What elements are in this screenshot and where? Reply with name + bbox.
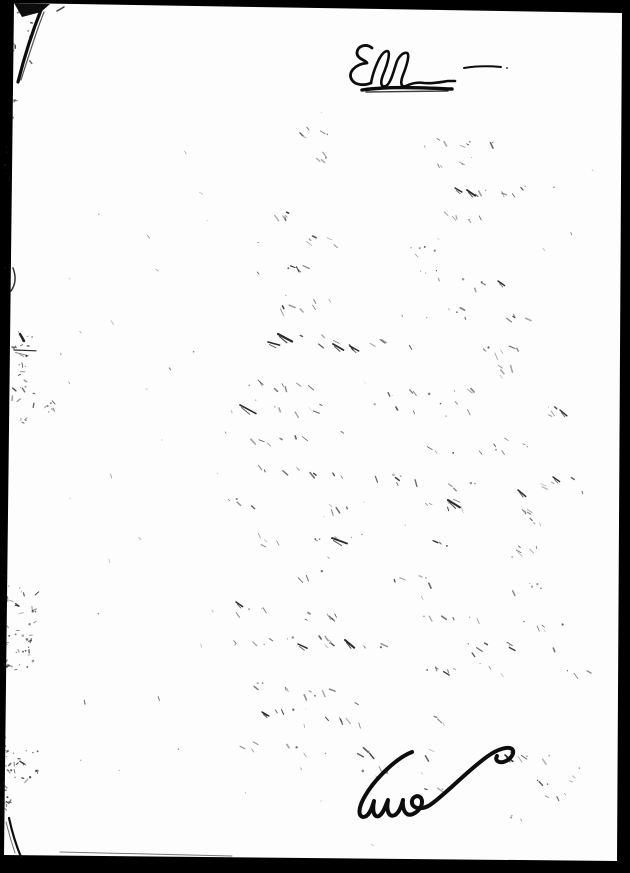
scan-background: { "document": { "kind": "scanned handwri… [0, 0, 630, 873]
page [0, 0, 630, 873]
scanned-page-container [0, 0, 630, 873]
